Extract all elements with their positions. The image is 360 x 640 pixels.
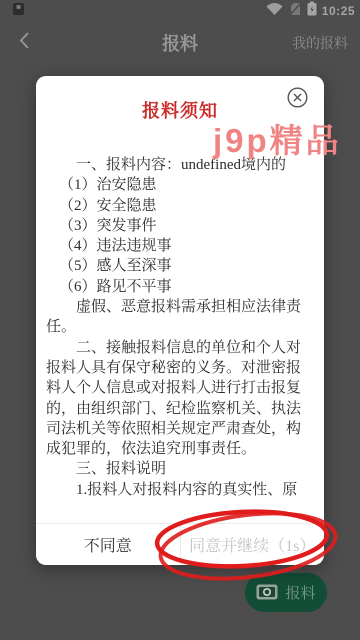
notice-line: 1.报料人对报料内容的真实性、原 — [46, 480, 314, 500]
notice-line: 报料人具有保守秘密的义务。对泄密报 — [46, 358, 314, 378]
modal-title: 报料须知 — [36, 97, 324, 123]
wifi-icon — [266, 2, 283, 20]
notice-body: 一、报料内容：undefined境内的 （1）治安隐患 （2）安全隐患 （3）突… — [36, 155, 324, 501]
notice-line: （6）路见不平事 — [46, 277, 314, 297]
modal-footer: 不同意 同意并继续（1s） — [36, 523, 324, 565]
close-button[interactable] — [287, 87, 308, 108]
clock-text: 10:25 — [322, 4, 355, 18]
notice-line: 任。 — [46, 317, 314, 337]
report-button-label: 报料 — [285, 582, 315, 603]
my-reports-link[interactable]: 我的报料 — [292, 33, 348, 53]
agree-button[interactable]: 同意并继续（1s） — [181, 524, 325, 565]
disagree-button[interactable]: 不同意 — [36, 524, 181, 565]
notice-modal: 报料须知 一、报料内容：undefined境内的 （1）治安隐患 （2）安全隐患… — [36, 76, 324, 565]
battery-charging-icon — [307, 1, 317, 21]
notice-line: （5）感人至深事 — [46, 256, 314, 276]
report-button[interactable]: 报料 — [245, 573, 327, 612]
notice-line: 的，由组织部门、纪检监察机关、执法 — [46, 399, 314, 419]
notice-line: （2）安全隐患 — [46, 196, 314, 216]
camera-icon — [256, 583, 278, 603]
notice-line: 料人个人信息或对报料人进行打击报复 — [46, 378, 314, 398]
notice-line: 成犯罪的，依法追究刑事责任。 — [46, 439, 314, 459]
notification-icon — [12, 1, 25, 21]
notice-line: （3）突发事件 — [46, 216, 314, 236]
notice-line: 虚假、恶意报料需承担相应法律责 — [46, 297, 314, 317]
circle-close-icon — [287, 96, 308, 111]
nav-bar: 报料 我的报料 — [0, 22, 360, 60]
screen-background: 10:25 报料 我的报料 报料须知 一、报料 — [0, 0, 360, 640]
no-sim-icon — [288, 2, 302, 21]
status-bar: 10:25 — [0, 0, 360, 22]
notice-line: 三、报料说明 — [46, 459, 314, 479]
notice-line: 二、接触报料信息的单位和个人对 — [46, 338, 314, 358]
notice-line: 司法机关等依照相关规定严肃查处，构 — [46, 419, 314, 439]
notice-line: （4）违法违规事 — [46, 236, 314, 256]
notice-line: （1）治安隐患 — [46, 175, 314, 195]
notice-line: 一、报料内容：undefined境内的 — [46, 155, 314, 175]
